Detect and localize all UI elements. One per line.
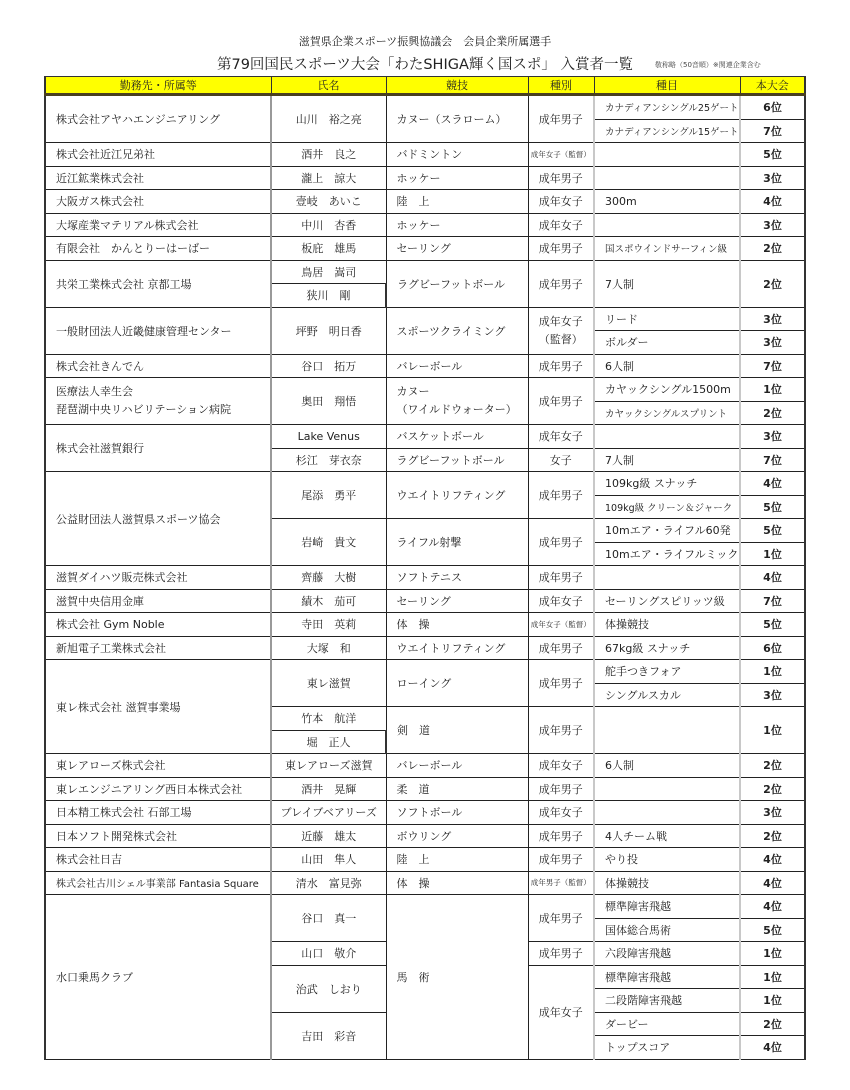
athlete-name-cell: 山川 裕之亮 [271,95,386,143]
column-header-rank: 本大会 [740,77,805,95]
sport-cell: セーリング [386,589,528,613]
category-cell: 成年男子 [528,166,594,190]
organization-cell: 一般財団法人近畿健康管理センター [45,307,271,354]
category-cell: 女子 [528,448,594,472]
rank-cell: 7位 [740,589,805,613]
rank-cell: 3位 [740,331,805,355]
sport-cell: ウエイトリフティング [386,636,528,660]
category-cell: 成年男子 [528,519,594,566]
column-header-sport: 競技 [386,77,528,95]
rank-cell: 2位 [740,237,805,261]
sport-cell: ホッケー [386,166,528,190]
category-cell: 成年男子 [528,660,594,707]
table-row: 日本ソフト開発株式会社近藤 雄太ボウリング成年男子4人チーム戦2位 [45,824,805,848]
athlete-name-cell: 山口 敬介 [271,942,386,966]
event-cell [594,213,740,237]
event-cell: 標準障害飛越 [594,965,740,989]
event-cell: 7人制 [594,448,740,472]
event-cell [594,777,740,801]
organization-cell: 新旭電子工業株式会社 [45,636,271,660]
results-table-body: 株式会社アヤハエンジニアリング山川 裕之亮カヌー（スラローム）成年男子カナディア… [45,95,805,1060]
sport-cell: セーリング [386,237,528,261]
table-row: 大塚産業マテリアル株式会社中川 杏香ホッケー成年女子3位 [45,213,805,237]
table-row: 医療法人幸生会 琵琶湖中央リハビリテーション病院奥田 翔悟カヌー （ワイルドウォ… [45,378,805,402]
category-cell: 成年女子 [528,754,594,778]
rank-cell: 7位 [740,119,805,143]
athlete-name-cell: 酒井 良之 [271,143,386,167]
event-cell: ダービー [594,1012,740,1036]
table-row: 滋賀ダイハツ販売株式会社齊藤 大樹ソフトテニス成年男子4位 [45,566,805,590]
organization-cell: 株式会社近江兄弟社 [45,143,271,167]
rank-cell: 5位 [740,519,805,543]
athlete-name-cell: 狭川 剛 [271,284,386,308]
event-cell [594,425,740,449]
organization-cell: 水口乗馬クラブ [45,895,271,1060]
rank-cell: 4位 [740,895,805,919]
organization-cell: 近江鉱業株式会社 [45,166,271,190]
athlete-name-cell: 谷口 真一 [271,895,386,942]
athlete-name-cell: Lake Venus [271,425,386,449]
column-header-category: 種別 [528,77,594,95]
rank-cell: 1位 [740,965,805,989]
athlete-name-cell: 大塚 和 [271,636,386,660]
category-cell: 成年男子 [528,707,594,754]
athlete-name-cell: 瀧上 諒大 [271,166,386,190]
athlete-name-cell: 杉江 芽衣奈 [271,448,386,472]
sport-cell: ソフトテニス [386,566,528,590]
rank-cell: 5位 [740,613,805,637]
sport-cell: 陸 上 [386,190,528,214]
sport-cell: ラグビーフットボール [386,260,528,307]
rank-cell: 3位 [740,307,805,331]
table-row: 株式会社滋賀銀行Lake Venusバスケットボール成年女子3位 [45,425,805,449]
column-header-name: 氏名 [271,77,386,95]
organization-title: 滋賀県企業スポーツ振興協議会 会員企業所属選手 [0,33,850,49]
event-cell: 6人制 [594,354,740,378]
rank-cell: 3位 [740,801,805,825]
event-cell: 300m [594,190,740,214]
athlete-name-cell: 坪野 明日香 [271,307,386,354]
organization-cell: 東レ株式会社 滋賀事業場 [45,660,271,754]
rank-cell: 4位 [740,472,805,496]
rank-cell: 1位 [740,542,805,566]
event-cell [594,566,740,590]
organization-cell: 有限会社 かんとりーはーばー [45,237,271,261]
category-cell: 成年女子 [528,801,594,825]
rank-cell: 7位 [740,448,805,472]
event-cell: 6人制 [594,754,740,778]
athlete-name-cell: 鳥居 嵩司 [271,260,386,284]
rank-cell: 2位 [740,401,805,425]
event-cell: 体操競技 [594,613,740,637]
event-cell: やり投 [594,848,740,872]
rank-cell: 4位 [740,566,805,590]
event-cell: 標準障害飛越 [594,895,740,919]
event-cell: カヤックシングルスプリント [594,401,740,425]
event-cell: 六段障害飛越 [594,942,740,966]
athlete-name-cell: 壹岐 あいこ [271,190,386,214]
rank-cell: 1位 [740,660,805,684]
sport-cell: ソフトボール [386,801,528,825]
category-cell: 成年男子 [528,378,594,425]
category-cell: 成年女子（監督） [528,143,594,167]
category-cell: 成年男子 [528,354,594,378]
table-row: 株式会社 Gym Noble寺田 英莉体 操成年女子（監督）体操競技5位 [45,613,805,637]
category-cell: 成年女子 [528,589,594,613]
sport-cell: ホッケー [386,213,528,237]
rank-cell: 4位 [740,848,805,872]
sport-cell: ローイング [386,660,528,707]
table-row: 滋賀中央信用金庫績木 茄可セーリング成年女子セーリングスピリッツ級7位 [45,589,805,613]
category-cell: 成年男子 [528,636,594,660]
category-cell: 成年男子 [528,848,594,872]
event-cell: 7人制 [594,260,740,307]
organization-cell: 株式会社滋賀銀行 [45,425,271,472]
athlete-name-cell: 績木 茄可 [271,589,386,613]
category-cell: 成年男子 [528,895,594,942]
category-cell: 成年男子（監督） [528,871,594,895]
table-row: 東レエンジニアリング西日本株式会社酒井 晃輝柔 道成年男子2位 [45,777,805,801]
rank-cell: 3位 [740,213,805,237]
sport-cell: 陸 上 [386,848,528,872]
athlete-name-cell: 近藤 雄太 [271,824,386,848]
event-cell: カナディアンシングル15ゲート [594,119,740,143]
rank-cell: 1位 [740,989,805,1013]
table-row: 一般財団法人近畿健康管理センター坪野 明日香スポーツクライミング成年女子 （監督… [45,307,805,331]
sport-cell: 体 操 [386,871,528,895]
event-cell: 4人チーム戦 [594,824,740,848]
sport-cell: バドミントン [386,143,528,167]
category-cell: 成年男子 [528,260,594,307]
table-row: 東レ株式会社 滋賀事業場東レ滋賀ローイング成年男子舵手つきフォア1位 [45,660,805,684]
column-header-organization: 勤務先・所属等 [45,77,271,95]
athlete-name-cell: 酒井 晃輝 [271,777,386,801]
rank-cell: 5位 [740,495,805,519]
event-cell [594,707,740,754]
rank-cell: 5位 [740,143,805,167]
event-cell [594,166,740,190]
sport-cell: カヌー（スラローム） [386,95,528,143]
event-cell: 109kg級 スナッチ [594,472,740,496]
organization-cell: 日本精工株式会社 石部工場 [45,801,271,825]
event-cell: リード [594,307,740,331]
rank-cell: 2位 [740,754,805,778]
event-cell: 10mエア・ライフルミックス [594,542,740,566]
sport-cell: ボウリング [386,824,528,848]
table-row: 新旭電子工業株式会社大塚 和ウエイトリフティング成年男子67kg級 スナッチ6位 [45,636,805,660]
athlete-name-cell: 吉田 彩音 [271,1012,386,1059]
organization-cell: 株式会社アヤハエンジニアリング [45,95,271,143]
athlete-name-cell: 中川 杏香 [271,213,386,237]
rank-cell: 3位 [740,425,805,449]
table-row: 有限会社 かんとりーはーばー板庇 雄馬セーリング成年男子国スポウインドサーフィン… [45,237,805,261]
event-cell: 二段階障害飛越 [594,989,740,1013]
rank-cell: 5位 [740,918,805,942]
table-row: 株式会社古川シェル事業部 Fantasia Square清水 富見弥体 操成年男… [45,871,805,895]
category-cell: 成年女子 （監督） [528,307,594,354]
category-cell: 成年男子 [528,472,594,519]
category-cell: 成年男子 [528,237,594,261]
column-header-event: 種目 [594,77,740,95]
category-cell: 成年女子 [528,190,594,214]
category-cell: 成年男子 [528,824,594,848]
rank-cell: 2位 [740,260,805,307]
event-cell: 舵手つきフォア [594,660,740,684]
organization-cell: 公益財団法人滋賀県スポーツ協会 [45,472,271,566]
organization-cell: 株式会社 Gym Noble [45,613,271,637]
rank-cell: 4位 [740,1036,805,1060]
athlete-name-cell: 奥田 翔悟 [271,378,386,425]
table-row: 株式会社アヤハエンジニアリング山川 裕之亮カヌー（スラローム）成年男子カナディア… [45,95,805,120]
organization-cell: 滋賀中央信用金庫 [45,589,271,613]
table-row: 水口乗馬クラブ谷口 真一馬 術成年男子標準障害飛越4位 [45,895,805,919]
event-cell [594,801,740,825]
rank-cell: 6位 [740,95,805,120]
category-cell: 成年男子 [528,566,594,590]
rank-cell: 1位 [740,942,805,966]
rank-cell: 2位 [740,824,805,848]
table-row: 株式会社きんでん谷口 拓万バレーボール成年男子6人制7位 [45,354,805,378]
athlete-name-cell: 谷口 拓万 [271,354,386,378]
rank-cell: 2位 [740,777,805,801]
event-cell [594,143,740,167]
athlete-name-cell: 東レ滋賀 [271,660,386,707]
category-cell: 成年女子（監督） [528,613,594,637]
table-row: 公益財団法人滋賀県スポーツ協会尾添 勇平ウエイトリフティング成年男子109kg級… [45,472,805,496]
athlete-name-cell: 堀 正人 [271,730,386,754]
event-cell: セーリングスピリッツ級 [594,589,740,613]
note-text: 敬称略（50音順）※関連企業含む [655,60,761,70]
sport-cell: カヌー （ワイルドウォーター） [386,378,528,425]
event-cell: 国スポウインドサーフィン級 [594,237,740,261]
table-row: 近江鉱業株式会社瀧上 諒大ホッケー成年男子3位 [45,166,805,190]
category-cell: 成年男子 [528,942,594,966]
athlete-name-cell: 板庇 雄馬 [271,237,386,261]
athlete-name-cell: 清水 富見弥 [271,871,386,895]
rank-cell: 1位 [740,707,805,754]
sport-cell: 剣 道 [386,707,528,754]
event-cell: ボルダー [594,331,740,355]
sport-cell: バレーボール [386,354,528,378]
organization-cell: 日本ソフト開発株式会社 [45,824,271,848]
sport-cell: バスケットボール [386,425,528,449]
sport-cell: 馬 術 [386,895,528,1060]
table-row: 株式会社日吉山田 隼人陸 上成年男子やり投4位 [45,848,805,872]
event-cell: 国体総合馬術 [594,918,740,942]
organization-cell: 大塚産業マテリアル株式会社 [45,213,271,237]
event-cell: シングルスカル [594,683,740,707]
sport-cell: ラグビーフットボール [386,448,528,472]
athlete-name-cell: 山田 隼人 [271,848,386,872]
rank-cell: 3位 [740,166,805,190]
table-row: 株式会社近江兄弟社酒井 良之バドミントン成年女子（監督）5位 [45,143,805,167]
rank-cell: 6位 [740,636,805,660]
event-cell: 67kg級 スナッチ [594,636,740,660]
organization-cell: 大阪ガス株式会社 [45,190,271,214]
athlete-name-cell: 岩崎 貴文 [271,519,386,566]
table-header-row: 勤務先・所属等 氏名 競技 種別 種目 本大会 [45,77,805,95]
athlete-name-cell: 齊藤 大樹 [271,566,386,590]
organization-cell: 東レエンジニアリング西日本株式会社 [45,777,271,801]
category-cell: 成年女子 [528,425,594,449]
rank-cell: 7位 [740,354,805,378]
sport-cell: 柔 道 [386,777,528,801]
event-cell: トップスコア [594,1036,740,1060]
athlete-name-cell: 寺田 英莉 [271,613,386,637]
category-cell: 成年女子 [528,213,594,237]
rank-cell: 4位 [740,871,805,895]
sport-cell: ウエイトリフティング [386,472,528,519]
athlete-name-cell: 東レアローズ滋賀 [271,754,386,778]
organization-cell: 共栄工業株式会社 京都工場 [45,260,271,307]
event-cell: カヤックシングル1500m [594,378,740,402]
organization-cell: 株式会社古川シェル事業部 Fantasia Square [45,871,271,895]
organization-cell: 株式会社日吉 [45,848,271,872]
category-cell: 成年男子 [528,777,594,801]
category-cell: 成年男子 [528,95,594,143]
organization-cell: 医療法人幸生会 琵琶湖中央リハビリテーション病院 [45,378,271,425]
category-cell: 成年女子 [528,965,594,1059]
rank-cell: 3位 [740,683,805,707]
event-cell: 10mエア・ライフル60発 [594,519,740,543]
organization-cell: 滋賀ダイハツ販売株式会社 [45,566,271,590]
event-cell: カナディアンシングル25ゲート [594,95,740,120]
athlete-name-cell: ブレイブベアリーズ [271,801,386,825]
organization-cell: 東レアローズ株式会社 [45,754,271,778]
event-cell: 109kg級 クリーン＆ジャーク [594,495,740,519]
table-row: 東レアローズ株式会社東レアローズ滋賀バレーボール成年女子6人制2位 [45,754,805,778]
sport-cell: ライフル射撃 [386,519,528,566]
organization-cell: 株式会社きんでん [45,354,271,378]
table-row: 日本精工株式会社 石部工場ブレイブベアリーズソフトボール成年女子3位 [45,801,805,825]
sport-cell: スポーツクライミング [386,307,528,354]
event-cell: 体操競技 [594,871,740,895]
sport-cell: 体 操 [386,613,528,637]
athlete-name-cell: 治武 しおり [271,965,386,1012]
rank-cell: 1位 [740,378,805,402]
rank-cell: 2位 [740,1012,805,1036]
table-row: 大阪ガス株式会社壹岐 あいこ陸 上成年女子300m4位 [45,190,805,214]
sport-cell: バレーボール [386,754,528,778]
rank-cell: 4位 [740,190,805,214]
table-row: 共栄工業株式会社 京都工場鳥居 嵩司ラグビーフットボール成年男子7人制2位 [45,260,805,284]
athlete-name-cell: 竹本 航洋 [271,707,386,731]
results-table: 勤務先・所属等 氏名 競技 種別 種目 本大会 株式会社アヤハエンジニアリング山… [44,76,806,1060]
athlete-name-cell: 尾添 勇平 [271,472,386,519]
